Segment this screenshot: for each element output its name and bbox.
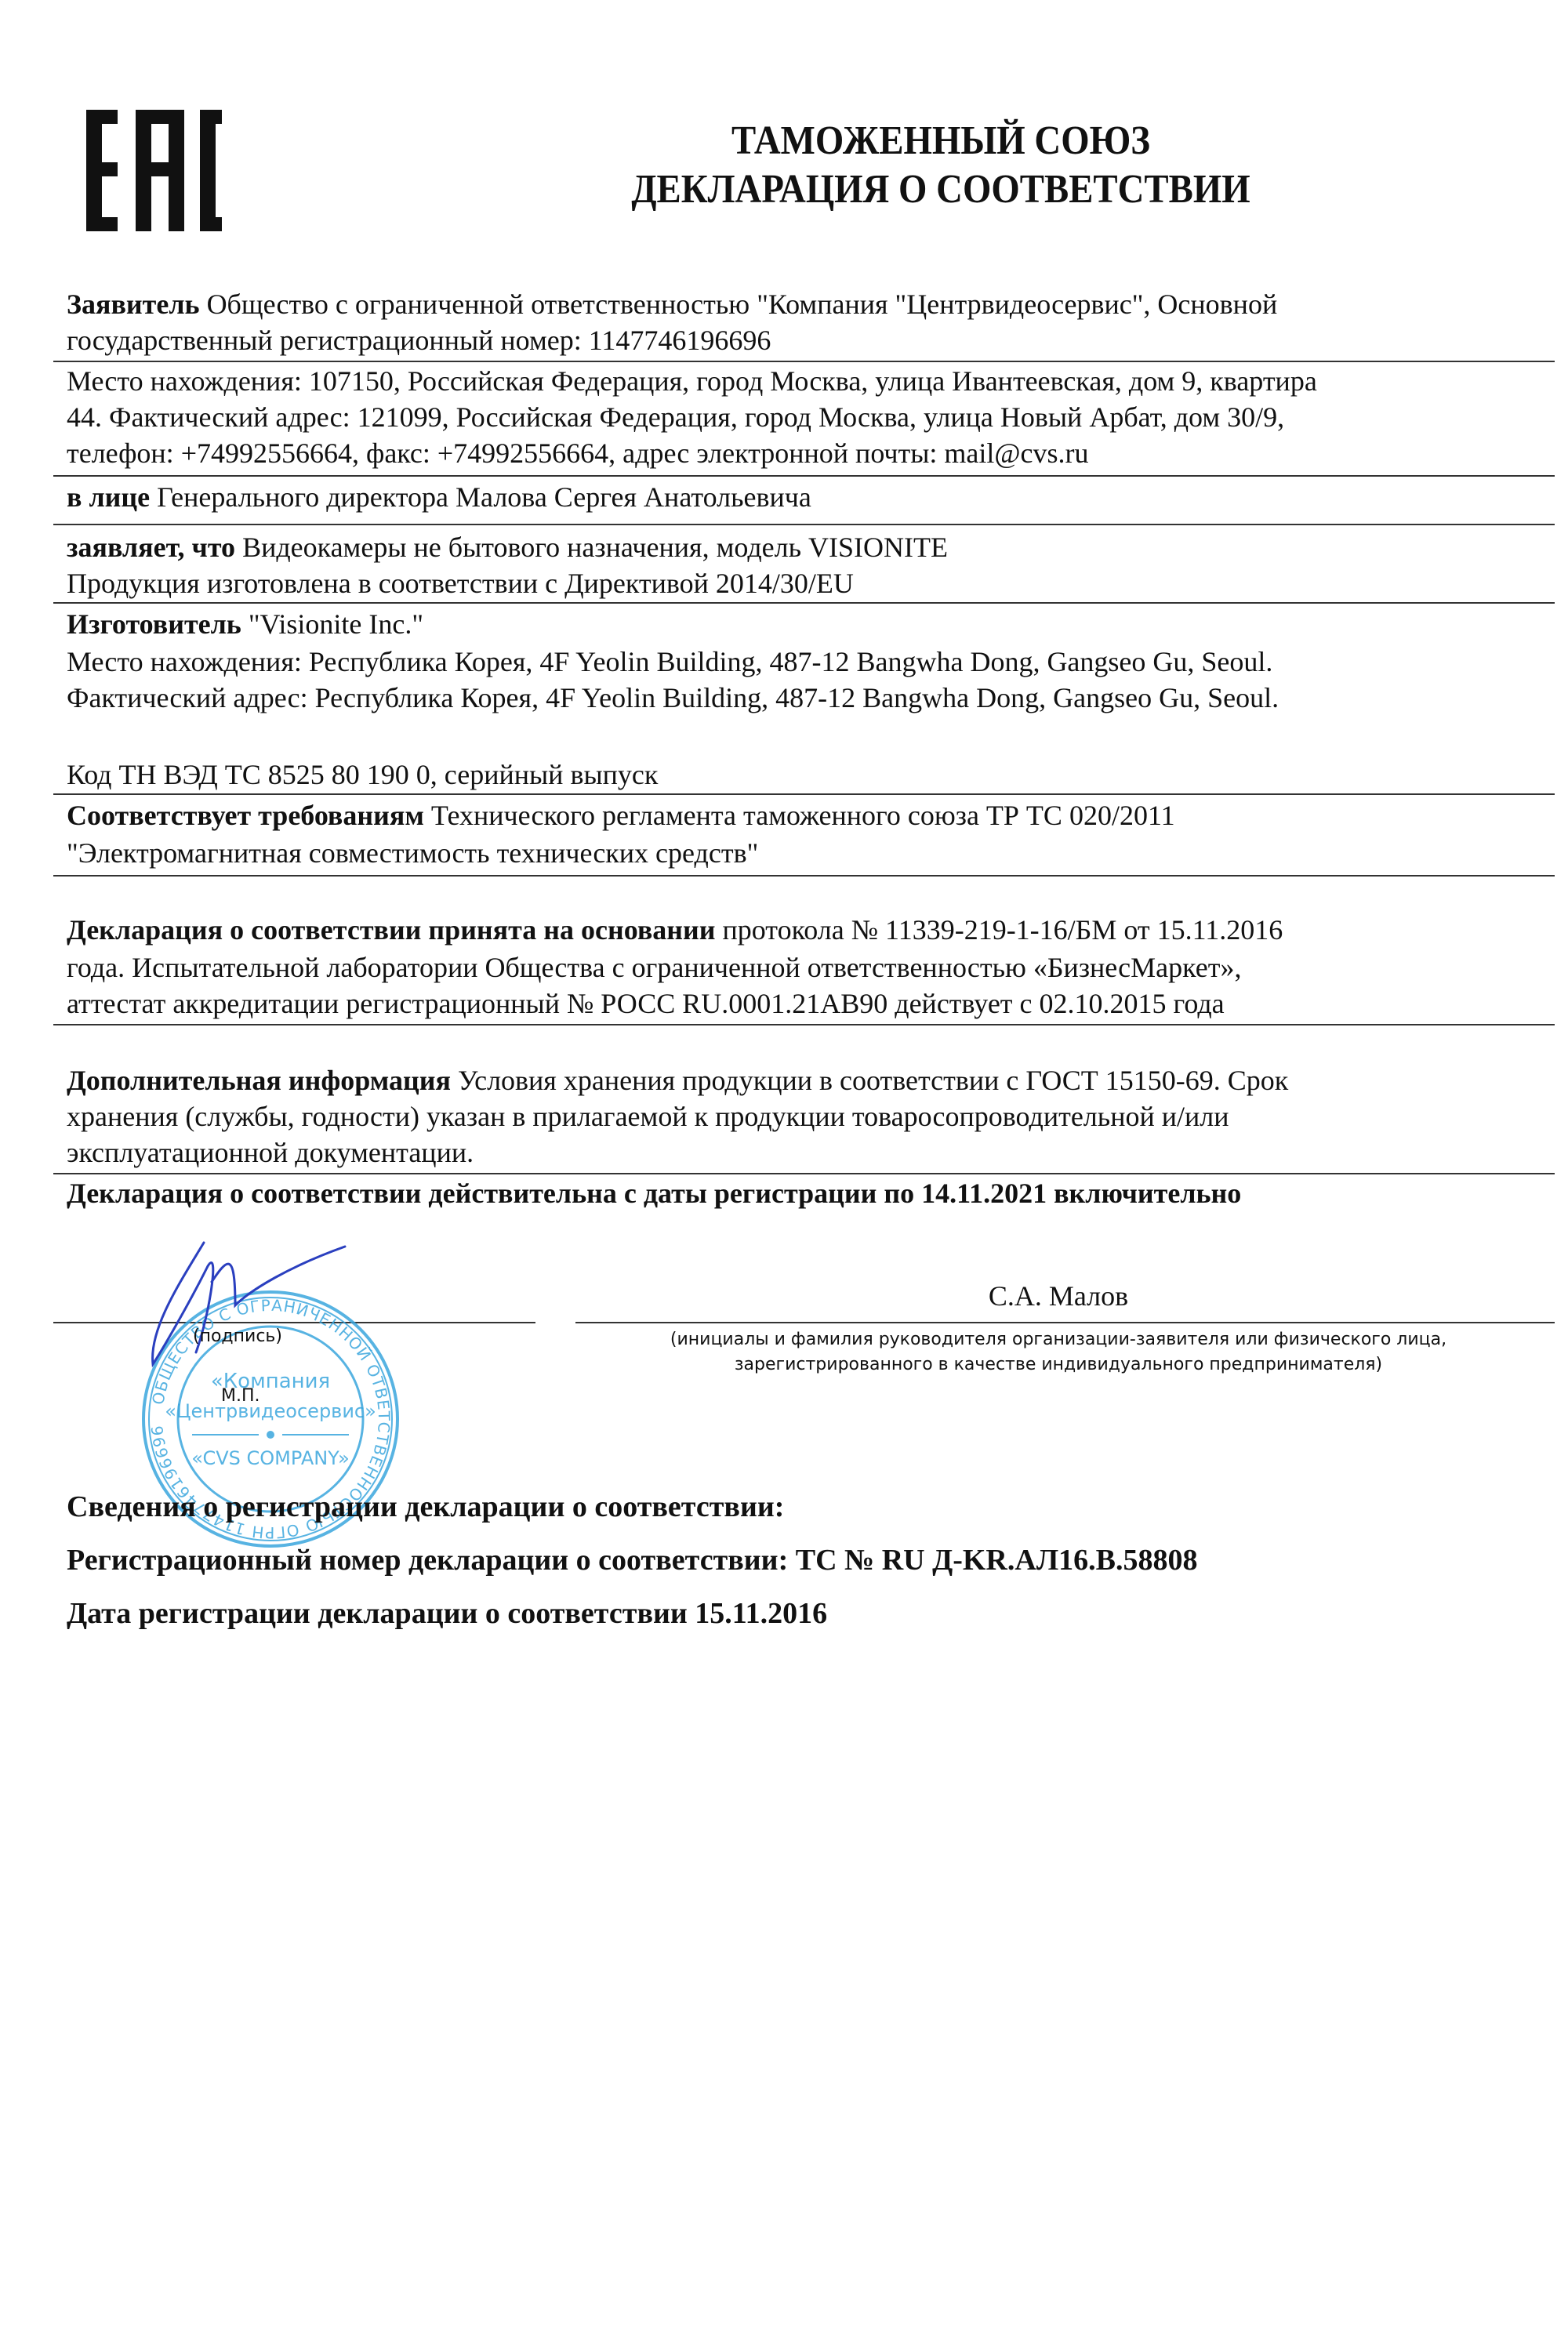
applicant-contacts: телефон: +74992556664, факс: +7499255666… — [67, 436, 1089, 470]
additional-line-1: Дополнительная информация Условия хранен… — [67, 1063, 1288, 1098]
representative-label: в лице — [67, 481, 150, 513]
divider — [53, 524, 1555, 525]
svg-text:«CVS COMPANY»: «CVS COMPANY» — [191, 1447, 350, 1469]
additional-label: Дополнительная информация — [67, 1065, 451, 1096]
divider — [53, 875, 1555, 877]
registration-heading: Сведения о регистрации декларации о соот… — [67, 1490, 784, 1524]
seal-caption: М.П. — [221, 1386, 260, 1406]
tn-ved-code: Код ТН ВЭД ТС 8525 80 190 0, серийный вы… — [67, 757, 658, 792]
additional-line-2: хранения (службы, годности) указан в при… — [67, 1099, 1229, 1134]
signer-caption-2: зарегистрированного в качестве индивидуа… — [596, 1355, 1521, 1374]
divider — [53, 475, 1555, 477]
representative-name: Генерального директора Малова Сергея Ана… — [150, 481, 811, 513]
manufacturer-name: "Visionite Inc." — [241, 608, 423, 640]
divider — [53, 602, 1555, 604]
eac-logo-icon — [82, 106, 223, 235]
manufacturer-label: Изготовитель — [67, 608, 241, 640]
additional-line-3: эксплуатационной документации. — [67, 1135, 474, 1170]
applicant-line-1: Заявитель Общество с ограниченной ответс… — [67, 287, 1277, 321]
applicant-representative: в лице Генерального директора Малова Сер… — [67, 480, 811, 514]
signature-scribble-icon — [118, 1235, 353, 1376]
registration-date: Дата регистрации декларации о соответств… — [67, 1596, 827, 1631]
applicant-address-2: 44. Фактический адрес: 121099, Российска… — [67, 400, 1284, 434]
svg-text:«Центрвидеосервис»: «Центрвидеосервис» — [165, 1400, 376, 1422]
compliance-line-2: "Электромагнитная совместимость техничес… — [67, 836, 758, 870]
applicant-name: Общество с ограниченной ответственностью… — [200, 289, 1278, 320]
signer-caption-1: (инициалы и фамилия руководителя организ… — [596, 1330, 1521, 1349]
manufacturer-location: Место нахождения: Республика Корея, 4F Y… — [67, 644, 1272, 679]
protocol-number: протокола № 11339-219-1-16/БМ от 15.11.2… — [716, 914, 1283, 946]
compliance-line-1: Соответствует требованиям Технического р… — [67, 798, 1175, 833]
declares-directive: Продукция изготовлена в соответствии с Д… — [67, 566, 854, 601]
basis-line-3: аттестат аккредитации регистрационный № … — [67, 986, 1225, 1021]
declares-line-1: заявляет, что Видеокамеры не бытового на… — [67, 530, 948, 564]
technical-regulation: Технического регламента таможенного союз… — [424, 800, 1175, 831]
compliance-label: Соответствует требованиям — [67, 800, 424, 831]
basis-line-1: Декларация о соответствии принята на осн… — [67, 913, 1283, 947]
validity-statement: Декларация о соответствии действительна … — [67, 1176, 1241, 1210]
manufacturer-actual-address: Фактический адрес: Республика Корея, 4F … — [67, 681, 1279, 715]
divider — [53, 1173, 1555, 1174]
registration-number: Регистрационный номер декларации о соотв… — [67, 1543, 1197, 1577]
basis-label: Декларация о соответствии принята на осн… — [67, 914, 716, 946]
divider — [53, 361, 1555, 362]
basis-line-2: года. Испытательной лаборатории Общества… — [67, 950, 1241, 985]
declares-label: заявляет, что — [67, 532, 235, 563]
divider — [53, 1024, 1555, 1025]
product-description: Видеокамеры не бытового назначения, моде… — [235, 532, 948, 563]
signer-name: С.А. Малов — [784, 1279, 1333, 1312]
applicant-reg-number: государственный регистрационный номер: 1… — [67, 323, 771, 358]
divider — [53, 793, 1555, 795]
applicant-label: Заявитель — [67, 289, 200, 320]
signature-caption: (подпись) — [193, 1327, 282, 1346]
title-customs-union: ТАМОЖЕННЫЙ СОЮЗ — [517, 118, 1364, 164]
title-declaration: ДЕКЛАРАЦИЯ О СООТВЕТСТВИИ — [517, 166, 1364, 212]
manufacturer-line: Изготовитель "Visionite Inc." — [67, 607, 423, 641]
applicant-address-1: Место нахождения: 107150, Российская Фед… — [67, 364, 1317, 398]
signer-name-line — [575, 1322, 1555, 1323]
storage-conditions: Условия хранения продукции в соответстви… — [451, 1065, 1288, 1096]
